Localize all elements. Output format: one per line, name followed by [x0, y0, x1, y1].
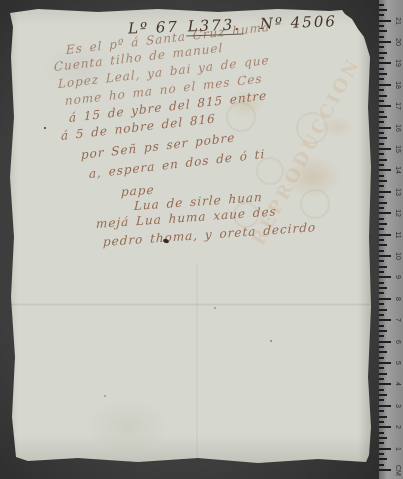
ruler-number: 1 [392, 444, 402, 454]
ruler-tick [379, 239, 384, 241]
ruler-tick [379, 207, 384, 209]
ruler-tick [379, 228, 384, 230]
ruler-tick [379, 351, 387, 353]
ruler-tick [379, 25, 384, 27]
ruler-tick [379, 4, 384, 6]
ruler-number: 17 [392, 101, 402, 111]
ruler-tick [379, 159, 387, 161]
ruler-tick [379, 378, 384, 380]
ruler-tick [379, 319, 391, 321]
ruler-tick [379, 410, 384, 412]
ruler-number: 13 [392, 187, 402, 197]
paper-crease [8, 303, 372, 306]
ruler-tick [379, 362, 391, 364]
ruler-number: 18 [392, 80, 402, 90]
ruler-tick [379, 202, 387, 204]
ruler-tick [379, 68, 384, 70]
ruler-number: 20 [392, 37, 402, 47]
ruler-number: 7 [392, 315, 402, 325]
ruler-tick [379, 244, 387, 246]
manuscript-line: pape [121, 183, 155, 199]
ruler-tick [379, 341, 391, 343]
ink-speck [214, 307, 216, 309]
ruler-tick [379, 153, 384, 155]
ruler-tick [379, 196, 384, 198]
ruler: CM123456789101112131415161718192021 [379, 0, 403, 479]
ruler-tick [379, 442, 384, 444]
ruler-number: 10 [392, 251, 402, 261]
ruler-tick [379, 46, 384, 48]
ruler-tick [379, 218, 384, 220]
ruler-tick [379, 36, 384, 38]
ruler-tick [379, 394, 387, 396]
ruler-number: 4 [392, 379, 402, 389]
ruler-tick [379, 78, 384, 80]
ruler-number: 6 [392, 337, 402, 347]
ruler-tick [379, 309, 387, 311]
ruler-tick [379, 73, 387, 75]
ruler-tick [379, 335, 384, 337]
ruler-number: 5 [392, 358, 402, 368]
ruler-tick [379, 127, 391, 129]
ruler-unit-label: CM [392, 465, 402, 475]
ink-speck [270, 340, 272, 342]
ruler-tick [379, 89, 384, 91]
ruler-number: 9 [392, 272, 402, 282]
ruler-tick [379, 9, 387, 11]
ruler-tick [379, 185, 384, 187]
document-number: Nº 4506 [259, 12, 337, 33]
archive-watermark: REPRODUCCION [248, 54, 365, 249]
ruler-tick [379, 373, 387, 375]
ruler-tick [379, 298, 391, 300]
ruler-number: 11 [392, 230, 402, 240]
ruler-tick [379, 14, 384, 16]
ruler-tick [379, 416, 387, 418]
ruler-tick [379, 260, 384, 262]
ruler-tick [379, 271, 384, 273]
scan-viewport: REPRODUCCION Lº 67 L373. Nº 4506 Es el p… [0, 0, 403, 479]
ruler-number: 8 [392, 294, 402, 304]
ruler-tick [379, 458, 387, 460]
ruler-number: 19 [392, 58, 402, 68]
watermark-ring [300, 189, 330, 219]
ruler-tick [379, 399, 384, 401]
paper-crease [196, 265, 198, 461]
ruler-tick [379, 164, 384, 166]
ruler-tick [379, 314, 384, 316]
ruler-tick [379, 132, 384, 134]
ruler-tick [379, 169, 391, 171]
ruler-tick [379, 84, 391, 86]
ruler-tick [379, 223, 387, 225]
ink-speck [44, 127, 46, 129]
ruler-tick [379, 276, 391, 278]
ruler-tick [379, 292, 384, 294]
ruler-tick [379, 389, 384, 391]
ruler-tick [379, 437, 387, 439]
ruler-tick [379, 346, 384, 348]
ruler-tick [379, 357, 384, 359]
ruler-tick [379, 62, 391, 64]
ruler-tick [379, 250, 384, 252]
ruler-tick [379, 469, 391, 471]
ruler-number: 15 [392, 144, 402, 154]
ruler-tick [379, 191, 391, 193]
ruler-tick [379, 148, 391, 150]
ink-speck [104, 395, 106, 397]
ruler-tick [379, 234, 391, 236]
ruler-tick [379, 137, 387, 139]
manuscript-page: REPRODUCCION Lº 67 L373. Nº 4506 Es el p… [8, 7, 372, 465]
ruler-tick [379, 448, 391, 450]
ruler-tick [379, 255, 391, 257]
ruler-tick [379, 180, 387, 182]
ruler-tick [379, 282, 384, 284]
ruler-tick [379, 212, 391, 214]
ruler-tick [379, 20, 391, 22]
ruler-tick [379, 100, 384, 102]
ruler-tick [379, 405, 391, 407]
ruler-number: 3 [392, 401, 402, 411]
ruler-tick [379, 453, 384, 455]
ruler-tick [379, 52, 387, 54]
ruler-tick [379, 383, 391, 385]
ruler-tick [379, 95, 387, 97]
ruler-tick [379, 287, 387, 289]
ruler-tick [379, 30, 387, 32]
ruler-tick [379, 105, 391, 107]
ruler-tick [379, 111, 384, 113]
ruler-tick [379, 303, 384, 305]
ruler-tick [379, 367, 384, 369]
ruler-tick [379, 464, 384, 466]
ruler-tick [379, 330, 387, 332]
ruler-tick [379, 426, 391, 428]
ruler-tick [379, 325, 384, 327]
ruler-tick [379, 432, 384, 434]
ruler-tick [379, 421, 384, 423]
ruler-tick [379, 143, 384, 145]
ruler-number: 2 [392, 422, 402, 432]
ruler-tick [379, 57, 384, 59]
ruler-tick [379, 116, 387, 118]
ruler-tick [379, 175, 384, 177]
ruler-number: 16 [392, 123, 402, 133]
ruler-tick [379, 266, 387, 268]
ruler-tick [379, 41, 391, 43]
ruler-number: 14 [392, 165, 402, 175]
ruler-number: 12 [392, 208, 402, 218]
ruler-number: 21 [392, 16, 402, 26]
ruler-tick [379, 121, 384, 123]
